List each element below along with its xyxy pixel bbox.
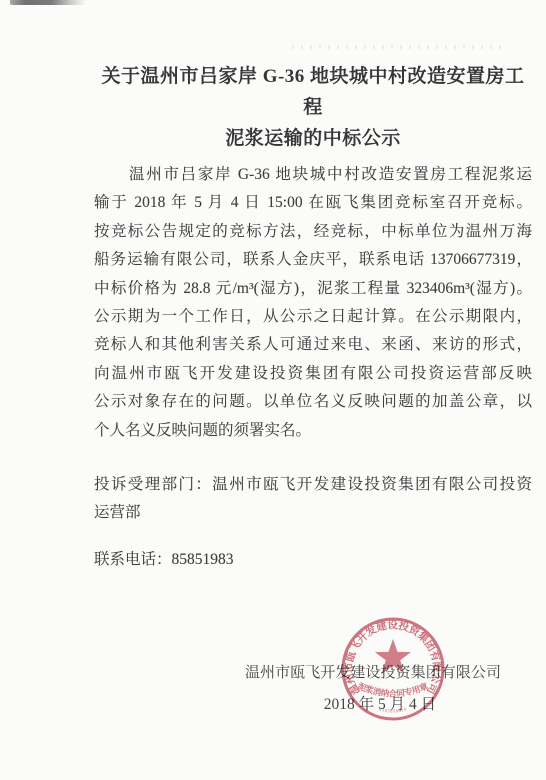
body-line: 温州市吕家岸 G-36 地块城中村改造安置房工程泥浆运 [94,161,532,189]
title-line-1: 关于温州市吕家岸 G-36 地块城中村改造安置房工程 [94,61,532,123]
body-line: 输于 2018 年 5 月 4 日 15:00 在瓯飞集团竞标室召开竞标。 [94,189,532,217]
title-line-2: 泥浆运输的中标公示 [94,123,532,154]
contact-phone-line: 联系电话：85851983 [94,546,532,574]
body-line: 中标价格为 28.8 元/m³(湿方)，泥浆工程量 323406m³(湿方)。 [94,275,532,303]
seal-star-icon [375,639,411,673]
scanned-document-page: 关于温州市吕家岸 G-36 地块城中村改造安置房工程 泥浆运输的中标公示 温州市… [0,0,546,780]
svg-text:3302050010: 3302050010 [379,706,408,713]
seal-ring [343,619,443,719]
document-title: 关于温州市吕家岸 G-36 地块城中村改造安置房工程 泥浆运输的中标公示 [94,61,532,154]
seal-type-text: 泥浆消纳合同专用章 [355,680,430,698]
body-line: 竞标人和其他利害关系人可通过来电、来函、来访的形式， [94,331,532,359]
seal-serial-number: 3302050010 [379,706,408,713]
scan-noise-artifact [292,45,502,49]
document-body: 温州市吕家岸 G-36 地块城中村改造安置房工程泥浆运 输于 2018 年 5 … [94,161,532,574]
body-line: 公示对象存在的问题。以单位名义反映问题的加盖公章，以 [94,388,532,416]
scan-smudge-artifact [10,0,86,5]
complaint-department-line: 运营部 [94,499,532,527]
body-line: 按竞标公告规定的竞标方法，经竞标，中标单位为温州万海 [94,218,532,246]
official-seal: 温州市瓯飞开发建设投资集团有限公司 泥浆消纳合同专用章 3302050010 [339,615,447,723]
body-line: 个人名义反映问题的须署实名。 [94,417,532,445]
body-line: 向温州市瓯飞开发建设投资集团有限公司投资运营部反映 [94,360,532,388]
complaint-department-line: 投诉受理部门：温州市瓯飞开发建设投资集团有限公司投资 [94,471,532,499]
svg-text:泥浆消纳合同专用章: 泥浆消纳合同专用章 [355,680,430,698]
body-line: 公示期为一个工作日，从公示之日起计算。在公示期限内， [94,303,532,331]
body-line: 船务运输有限公司，联系人金庆平，联系电话 13706677319， [94,246,532,274]
